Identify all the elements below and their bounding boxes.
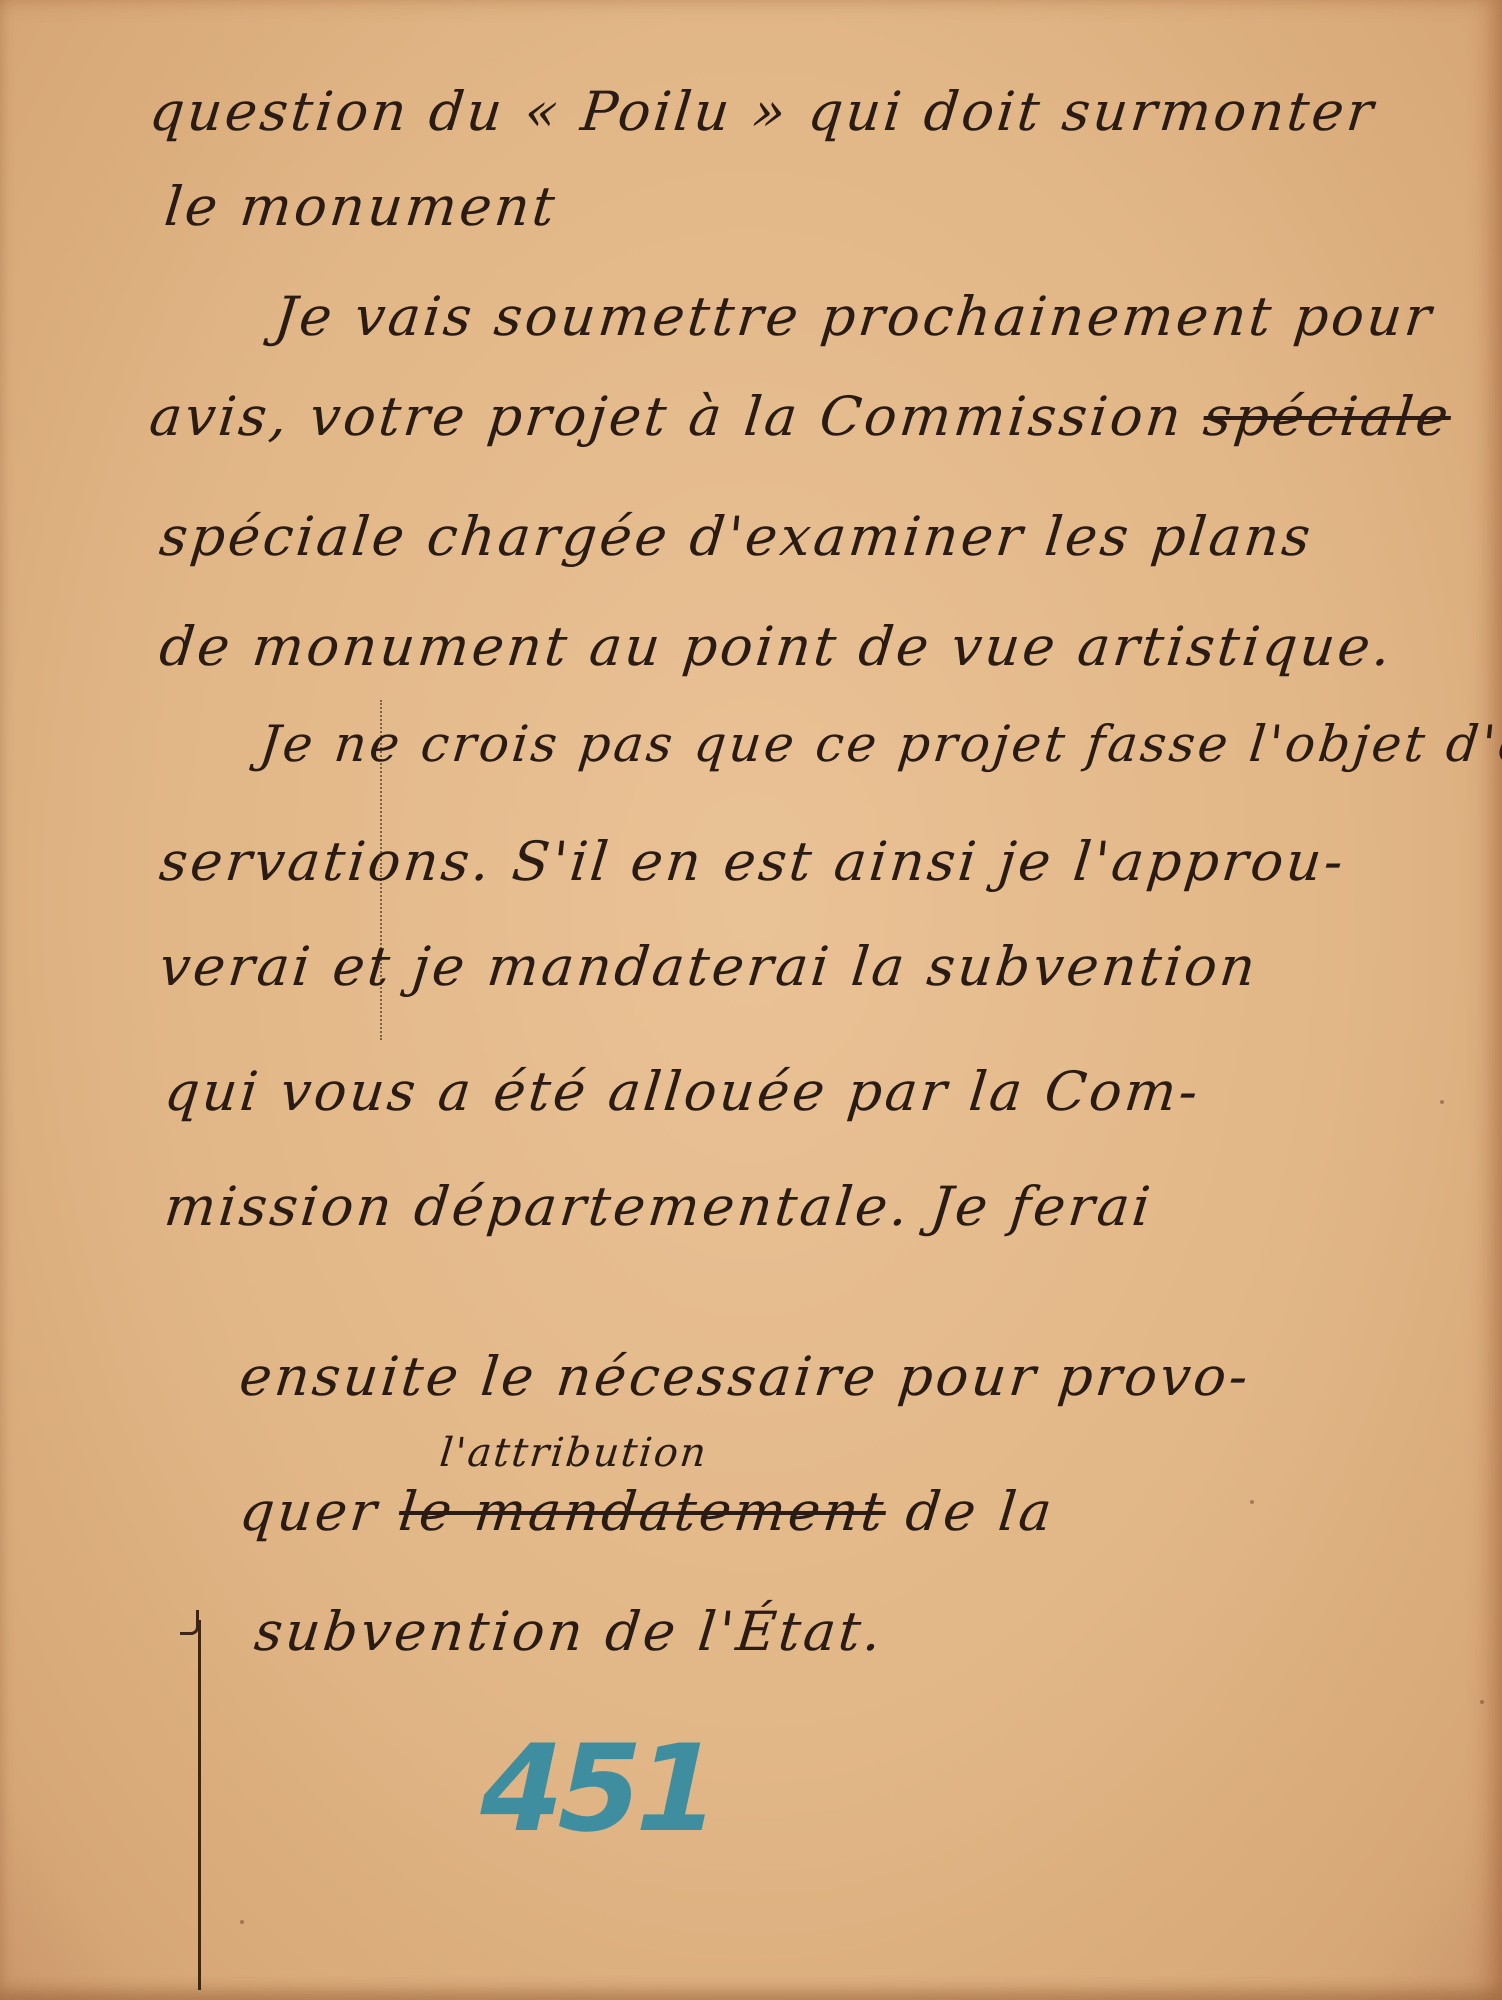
text-line-7: Je ne crois pas que ce projet fasse l'ob… xyxy=(257,715,1502,773)
text-line-9: verai et je mandaterai la subvention xyxy=(157,935,1261,998)
text-line-2: le monument xyxy=(162,175,561,238)
text-line-4: avis, votre projet à la Commission spéci… xyxy=(147,385,1455,448)
text-line-8: servations. S'il en est ainsi je l'appro… xyxy=(157,830,1349,893)
text-segment: quer xyxy=(237,1480,403,1543)
interlinear-insertion: l'attribution xyxy=(438,1430,711,1476)
text-line-12: ensuite le nécessaire pour provo- xyxy=(237,1345,1254,1408)
text-line-5: spéciale chargée d'examiner les plans xyxy=(157,505,1316,568)
paper-speck xyxy=(1440,1100,1444,1104)
margin-vertical-line xyxy=(198,1620,201,1990)
paper-speck xyxy=(1250,1500,1254,1504)
paper-speck xyxy=(240,1920,244,1924)
text-line-13: quer le mandatement de la xyxy=(237,1480,1058,1543)
paper-speck xyxy=(1480,1700,1484,1704)
text-line-11: mission départementale. Je ferai xyxy=(162,1175,1156,1238)
text-segment: de la xyxy=(883,1480,1058,1543)
text-segment: avis, votre projet à la Commission xyxy=(147,385,1207,448)
text-line-6: de monument au point de vue artistique. xyxy=(157,615,1397,678)
text-line-1: question du « Poilu » qui doit surmonter xyxy=(147,80,1379,143)
struck-word: spéciale xyxy=(1200,385,1454,448)
folio-number: 451 xyxy=(465,1720,727,1859)
struck-phrase: le mandatement xyxy=(396,1480,889,1543)
text-line-14: subvention de l'État. xyxy=(252,1600,887,1663)
margin-bracket-hook xyxy=(180,1610,199,1635)
text-line-10: qui vous a été allouée par la Com- xyxy=(162,1060,1204,1123)
manuscript-page: question du « Poilu » qui doit surmonter… xyxy=(0,0,1502,2000)
text-line-3: Je vais soumettre prochainement pour xyxy=(272,285,1437,348)
